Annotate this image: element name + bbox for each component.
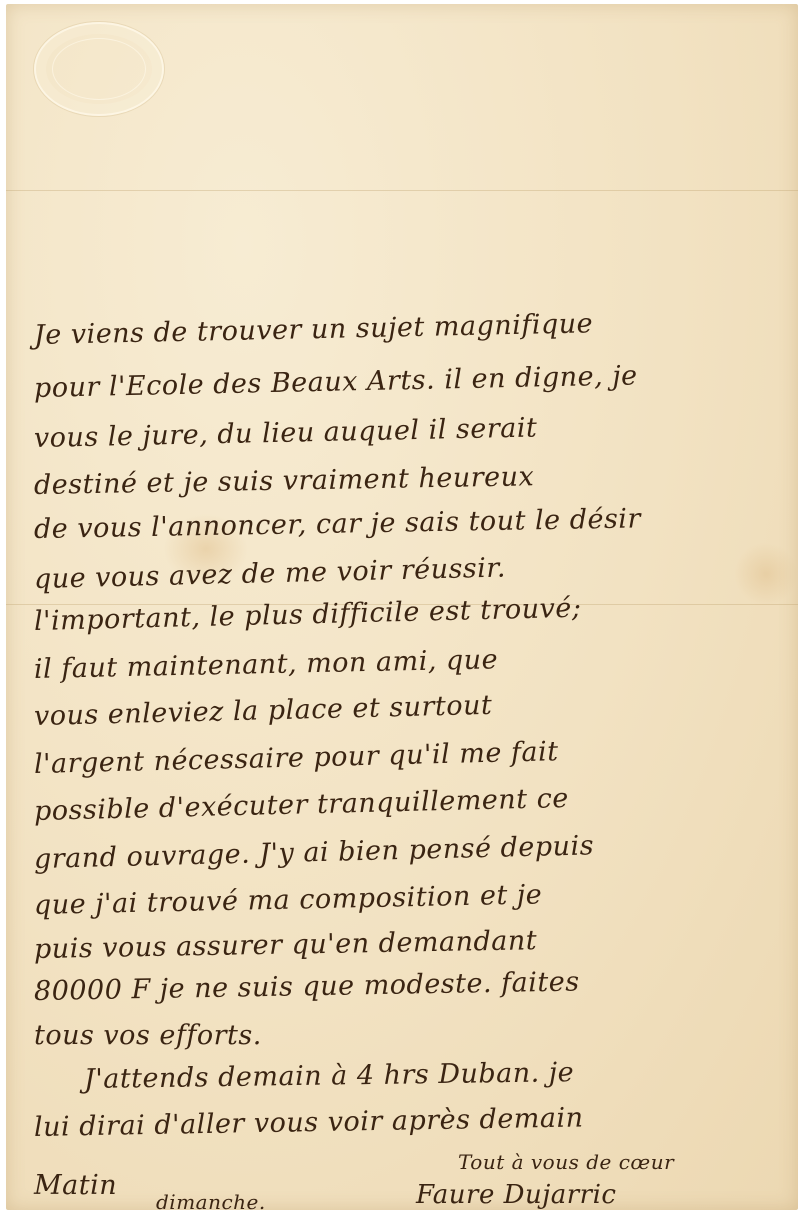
letter-line-5: de vous l'annoncer, car je sais tout le … (34, 503, 641, 545)
letter-line-6: que vous avez de me voir réussir. (34, 552, 507, 595)
fold-line (6, 190, 798, 191)
letter-sheet: Je viens de trouver un sujet magnifique … (6, 4, 798, 1210)
letter-line-17: J'attends demain à 4 hrs Duban. je (84, 1057, 575, 1095)
letter-line-18: lui dirai d'aller vous voir après demain (34, 1102, 584, 1143)
letter-line-4: destiné et je suis vraiment heureux (34, 461, 535, 501)
letter-line-3: vous le jure, du lieu auquel il serait (34, 412, 538, 454)
letter-line-2: pour l'Ecole des Beaux Arts. il en digne… (34, 360, 638, 404)
letter-line-12: grand ouvrage. J'y ai bien pensé depuis (34, 830, 595, 875)
closing-phrase: Tout à vous de cœur (458, 1150, 674, 1174)
embossed-stamp-inner (52, 38, 146, 100)
letter-line-7: l'important, le plus difficile est trouv… (34, 593, 582, 637)
letter-line-13: que j'ai trouvé ma composition et je (34, 879, 543, 921)
embossed-stamp-icon (34, 22, 164, 116)
signature: Faure Dujarric (416, 1180, 617, 1210)
letter-line-16: tous vos efforts. (34, 1020, 262, 1051)
letter-line-14: puis vous assurer qu'en demandant (34, 925, 538, 965)
letter-line-10: l'argent nécessaire pour qu'il me fait (34, 736, 559, 780)
letter-line-8: il faut maintenant, mon ami, que (34, 644, 499, 685)
closing-matin: Matin (34, 1170, 117, 1201)
letter-line-15: 80000 F je ne suis que modeste. faites (34, 966, 580, 1007)
letter-line-9: vous enleviez la place et surtout (34, 690, 493, 732)
letter-line-1: Je viens de trouver un sujet magnifique (34, 308, 594, 351)
letter-line-11: possible d'exécuter tranquillement ce (34, 783, 569, 827)
closing-day: dimanche. (156, 1190, 266, 1214)
